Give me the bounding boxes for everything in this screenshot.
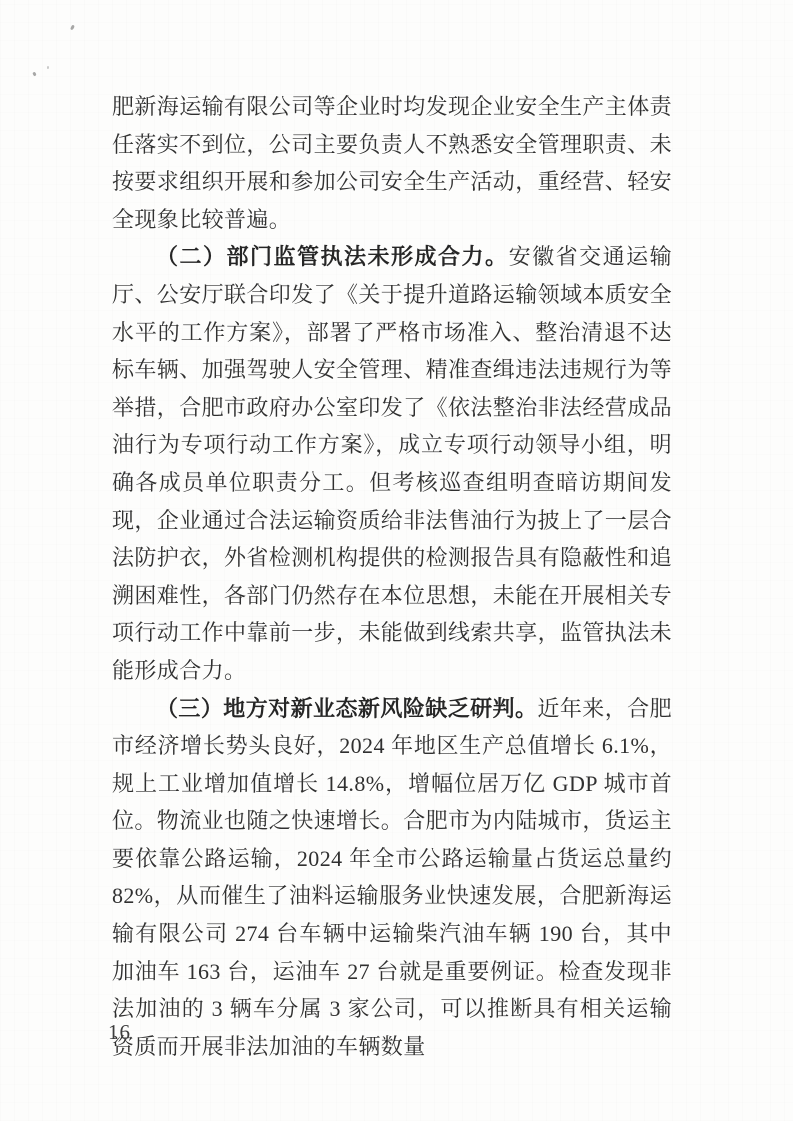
paragraph: 肥新海运输有限公司等企业时均发现企业安全生产主体责任落实不到位，公司主要负责人不… [112, 88, 672, 238]
paragraph: （三）地方对新业态新风险缺乏研判。近年来，合肥市经济增长势头良好，2024 年地… [112, 690, 672, 1066]
scan-speckle [47, 66, 49, 69]
scan-speckle [70, 25, 75, 31]
section-heading: （二）部门监管执法未形成合力。 [156, 244, 509, 269]
body-text: 安徽省交通运输厅、公安厅联合印发了《关于提升道路运输领域本质安全水平的工作方案》… [112, 244, 672, 683]
section-heading: （三）地方对新业态新风险缺乏研判。 [156, 696, 537, 721]
body-text: 肥新海运输有限公司等企业时均发现企业安全生产主体责任落实不到位，公司主要负责人不… [112, 94, 672, 232]
body-text: 近年来，合肥市经济增长势头良好，2024 年地区生产总值增长 6.1%，规上工业… [112, 696, 672, 1059]
page-number: 16 [108, 1020, 131, 1045]
scan-speckle [32, 72, 37, 77]
paragraph: （二）部门监管执法未形成合力。安徽省交通运输厅、公安厅联合印发了《关于提升道路运… [112, 238, 672, 689]
document-page: 肥新海运输有限公司等企业时均发现企业安全生产主体责任落实不到位，公司主要负责人不… [0, 0, 793, 1121]
document-body: 肥新海运输有限公司等企业时均发现企业安全生产主体责任落实不到位，公司主要负责人不… [112, 88, 672, 1065]
